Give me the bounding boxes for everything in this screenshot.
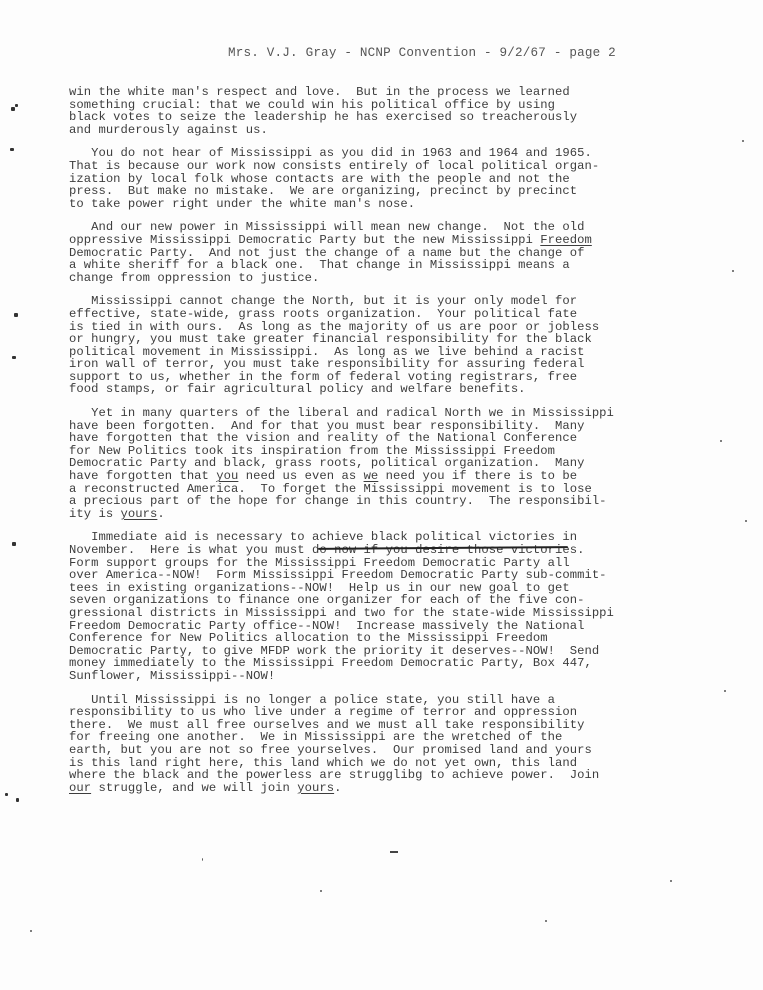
text-segment: need us even as — [238, 469, 363, 483]
scan-speck — [545, 920, 547, 922]
text-line: ity is yours. — [69, 508, 719, 521]
page-header: Mrs. V.J. Gray - NCNP Convention - 9/2/6… — [228, 46, 616, 60]
text-line: have forgotten that the vision and reali… — [69, 432, 719, 445]
text-line: have forgotten that you need us even as … — [69, 470, 719, 483]
text-line: change from oppression to justice. — [69, 272, 719, 285]
text-segment: need you if there is to be — [378, 469, 577, 483]
paragraph-7: Until Mississippi is no longer a police … — [69, 694, 719, 795]
text-segment: struggle, and we will join — [91, 781, 297, 795]
text-segment: . — [334, 781, 341, 795]
paragraph-3: And our new power in Mississippi will me… — [69, 221, 719, 284]
underlined-word: you — [216, 469, 238, 483]
text-segment: ity is — [69, 507, 121, 521]
text-line: Sunflower, Mississippi--NOW! — [69, 670, 719, 683]
text-line: press. But make no mistake. We are organ… — [69, 185, 719, 198]
scan-speck — [724, 690, 726, 692]
scan-speck — [745, 520, 747, 522]
text-line: a precious part of the hope for change i… — [69, 495, 719, 508]
text-line: our struggle, and we will join yours. — [69, 782, 719, 795]
scan-mark — [5, 793, 8, 796]
scan-mark — [12, 356, 16, 359]
underlined-word: our — [69, 781, 91, 795]
paragraph-4: Mississippi cannot change the North, but… — [69, 295, 719, 396]
text-line: Yet in many quarters of the liberal and … — [69, 407, 719, 420]
scan-speck — [670, 880, 672, 882]
text-line: over America--NOW! Form Mississippi Free… — [69, 569, 719, 582]
scan-mark — [14, 313, 18, 317]
scan-mark — [10, 148, 14, 151]
text-segment: have forgotten that — [69, 469, 216, 483]
document-body: win the white man's respect and love. Bu… — [69, 86, 719, 805]
text-line: a white sheriff for a black one. That ch… — [69, 259, 719, 272]
scan-mark — [15, 104, 18, 107]
text-line: to take power right under the white man'… — [69, 198, 719, 211]
scanned-document-page: Mrs. V.J. Gray - NCNP Convention - 9/2/6… — [0, 0, 763, 990]
text-line: or hungry, you must take greater financi… — [69, 333, 719, 346]
text-line: responsibility to us who live under a re… — [69, 706, 719, 719]
scan-mark — [12, 542, 16, 546]
text-line: That is because our work now consists en… — [69, 160, 719, 173]
scan-speck — [732, 270, 734, 272]
scan-mark — [390, 851, 398, 853]
scan-speck — [720, 440, 722, 442]
underlined-word: we — [364, 469, 379, 483]
scan-speck — [742, 140, 744, 142]
text-line: gressional districts in Mississippi and … — [69, 607, 719, 620]
paragraph-1: win the white man's respect and love. Bu… — [69, 86, 719, 136]
text-segment: . — [157, 507, 164, 521]
paragraph-6: Immediate aid is necessary to achieve bl… — [69, 531, 719, 682]
scan-speck — [30, 930, 32, 932]
text-line: effective, state-wide, grass roots organ… — [69, 308, 719, 321]
text-segment: oppressive Mississippi Democratic Party … — [69, 233, 540, 247]
text-line: oppressive Mississippi Democratic Party … — [69, 234, 719, 247]
text-line: earth, but you are not so free yourselve… — [69, 744, 719, 757]
scan-mark — [11, 107, 15, 111]
text-line: November. Here is what you must do now i… — [69, 544, 719, 557]
text-line: Conference for New Politics allocation t… — [69, 632, 719, 645]
underlined-word: Freedom — [540, 233, 592, 247]
scan-speck — [202, 858, 203, 861]
text-line: and murderously against us. — [69, 124, 719, 137]
text-line: iron wall of terror, you must take respo… — [69, 358, 719, 371]
text-line: win the white man's respect and love. Bu… — [69, 86, 719, 99]
paragraph-5: Yet in many quarters of the liberal and … — [69, 407, 719, 520]
underlined-word: yours — [297, 781, 334, 795]
text-line: food stamps, or fair agricultural policy… — [69, 383, 719, 396]
text-line: black votes to seize the leadership he h… — [69, 111, 719, 124]
scan-mark — [16, 798, 19, 802]
scan-speck — [320, 890, 322, 892]
paragraph-2: You do not hear of Mississippi as you di… — [69, 147, 719, 210]
underlined-word: yours — [121, 507, 158, 521]
